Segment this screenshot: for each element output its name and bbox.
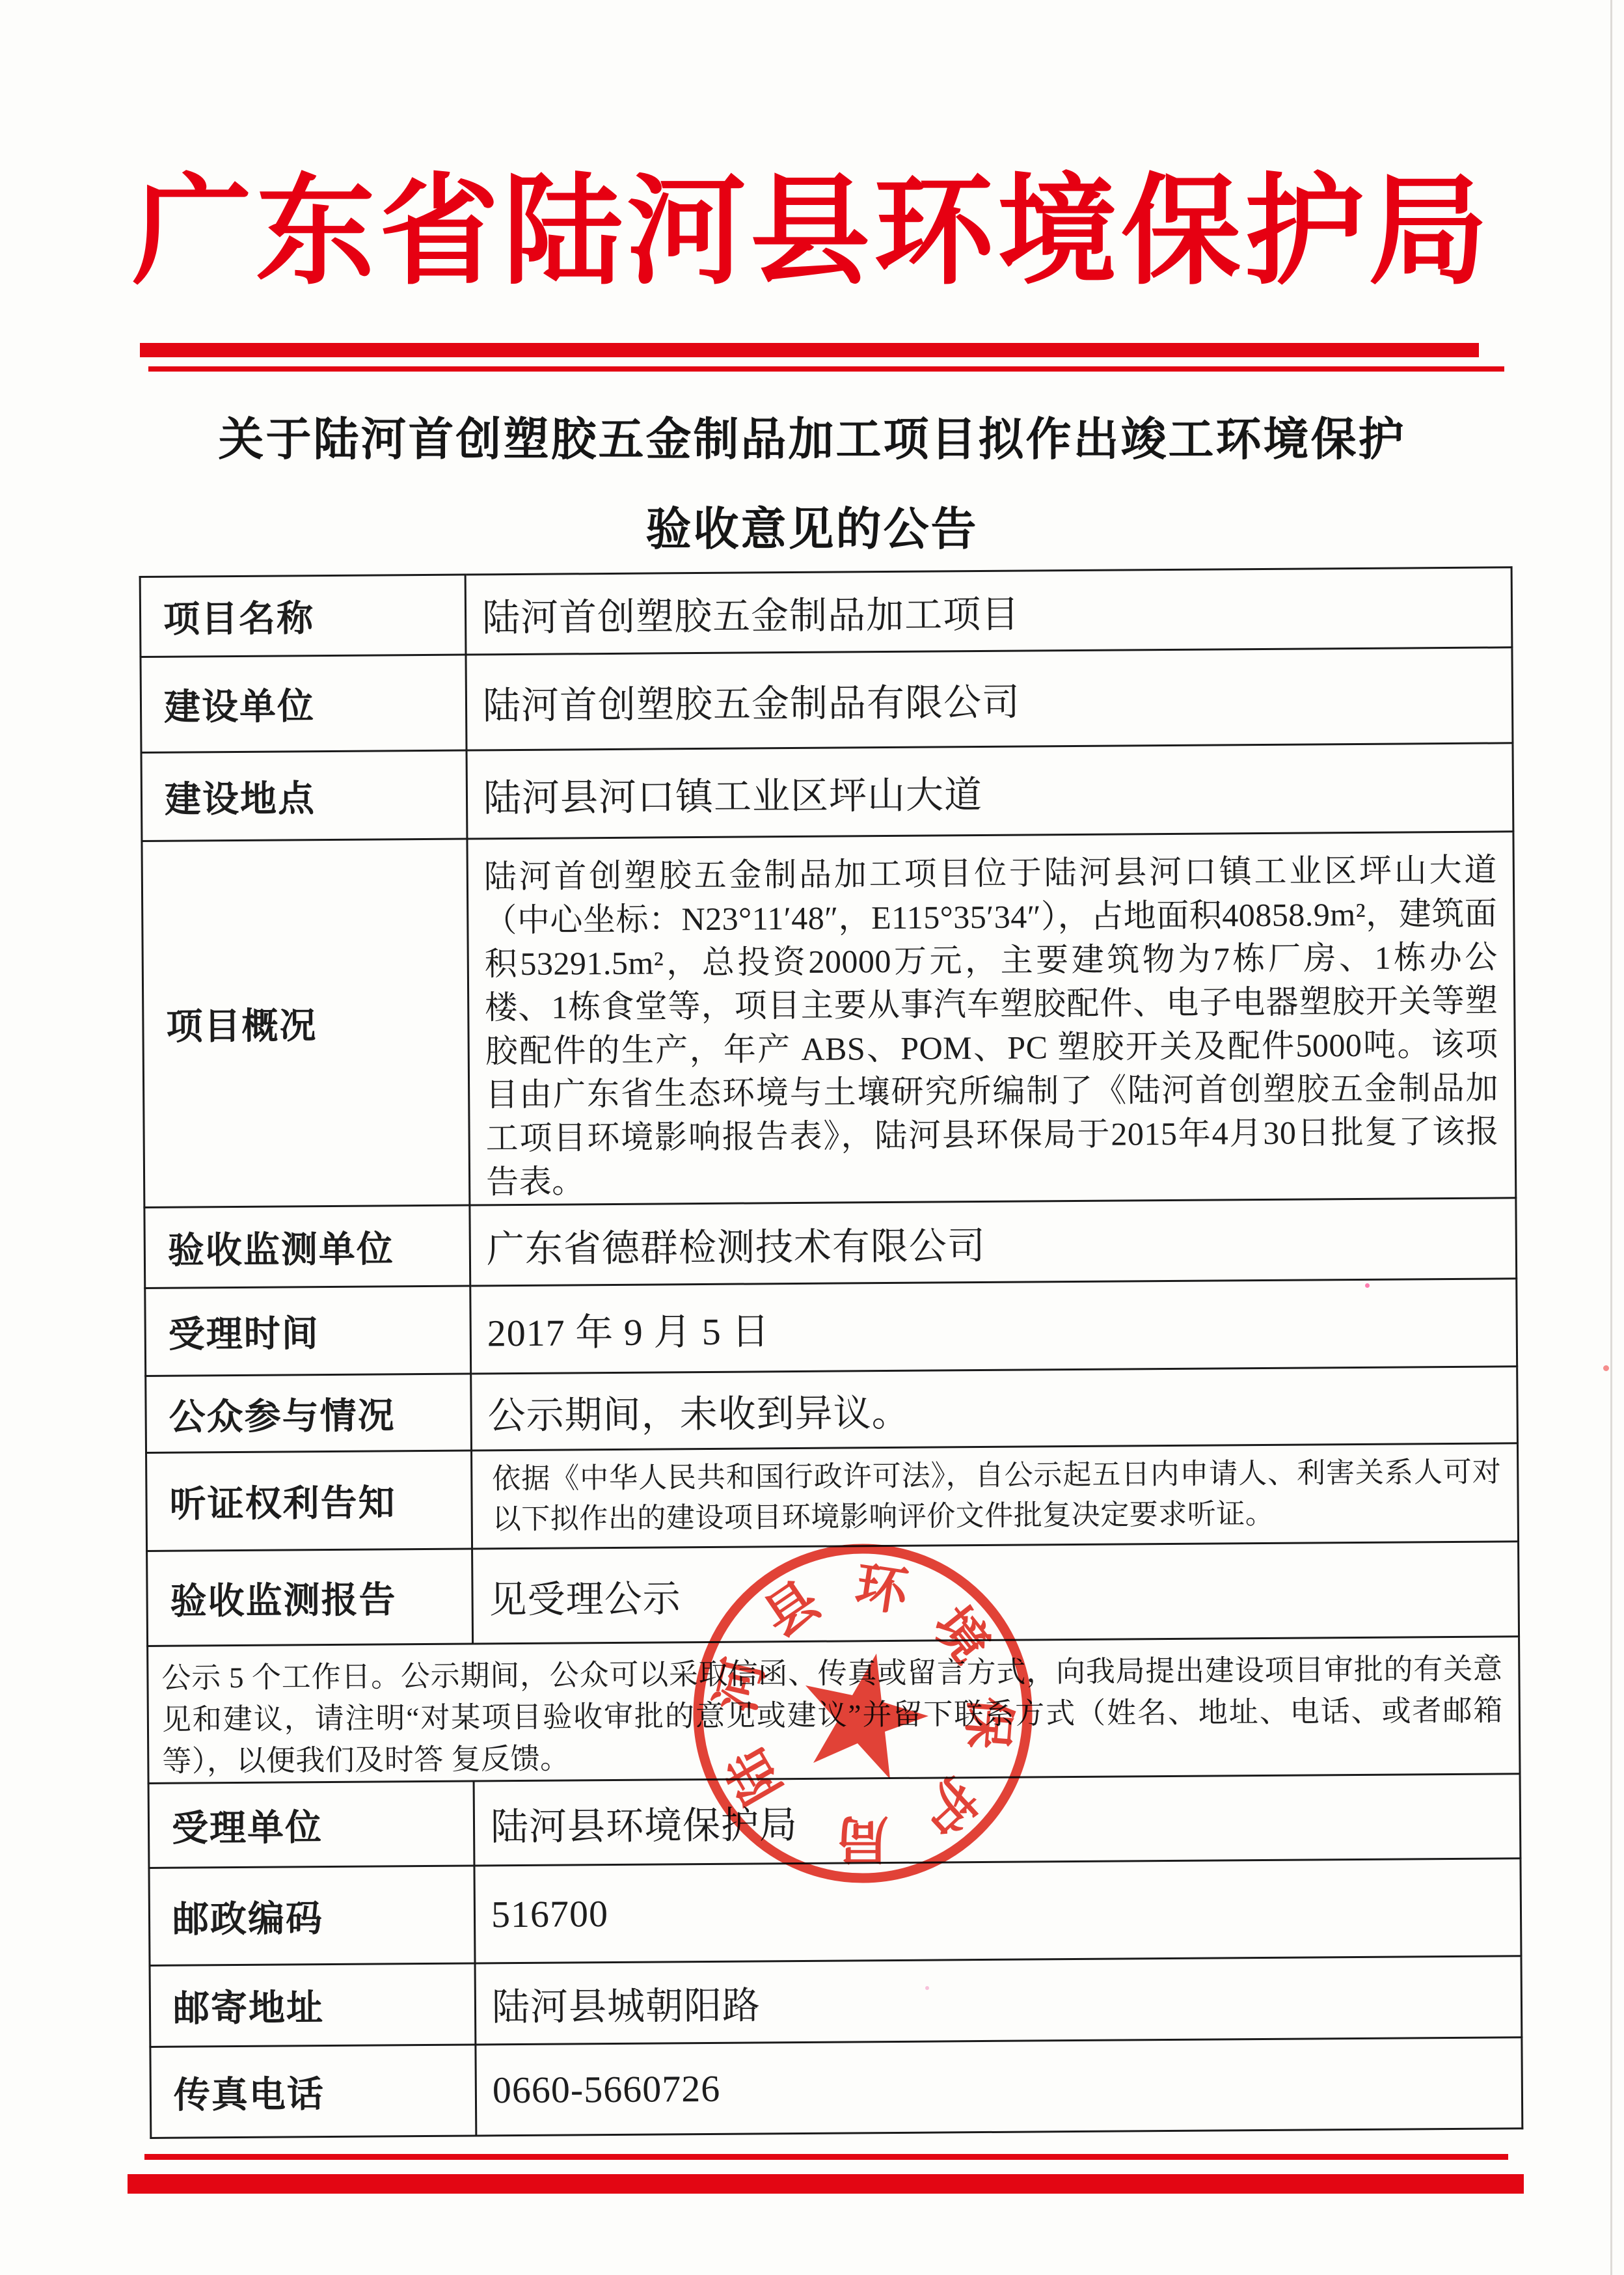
svg-text:保: 保 <box>957 1695 1018 1751</box>
row-label: 建设单位 <box>141 655 467 752</box>
row-value: 陆河首创塑胶五金制品加工项目 <box>465 567 1512 655</box>
row-value: 陆河县城朝阳路 <box>475 1956 1522 2045</box>
row-label: 项目概况 <box>142 839 470 1207</box>
svg-text:局: 局 <box>837 1810 889 1867</box>
svg-text:河: 河 <box>707 1654 775 1717</box>
notice-title-line2: 验收意见的公告 <box>0 485 1624 575</box>
row-value: 0660-5660726 <box>476 2037 1522 2136</box>
notice-title: 关于陆河首创塑胶五金制品加工项目拟作出竣工环境保护 验收意见的公告 <box>0 396 1624 575</box>
scan-speck <box>1603 1365 1609 1371</box>
row-label: 建设地点 <box>141 750 467 841</box>
official-seal: 陆 河 县 环 境 保 护 局 <box>681 1531 1045 1896</box>
svg-text:环: 环 <box>852 1558 913 1622</box>
row-value: 2017 年 9 月 5 日 <box>470 1279 1517 1374</box>
row-label: 受理单位 <box>148 1781 474 1868</box>
row-value: 公示期间，未收到异议。 <box>471 1367 1518 1451</box>
table-row: 传真电话 0660-5660726 <box>150 2037 1522 2138</box>
row-value: 陆河首创塑胶五金制品有限公司 <box>466 647 1513 750</box>
row-label: 验收监测单位 <box>144 1205 470 1288</box>
star-icon <box>805 1654 928 1779</box>
row-label: 传真电话 <box>150 2045 476 2138</box>
header-rule-thick <box>140 343 1479 357</box>
scanned-document-page: 广东省陆河县环境保护局 关于陆河首创塑胶五金制品加工项目拟作出竣工环境保护 验收… <box>0 0 1624 2275</box>
row-label: 验收监测报告 <box>147 1549 473 1646</box>
row-label: 项目名称 <box>140 575 466 657</box>
table-row: 公众参与情况 公示期间，未收到异议。 <box>146 1367 1518 1453</box>
scan-speck <box>925 1986 929 1990</box>
row-value: 广东省德群检测技术有限公司 <box>470 1198 1517 1286</box>
table-row: 邮寄地址 陆河县城朝阳路 <box>150 1956 1522 2047</box>
notice-title-line1: 关于陆河首创塑胶五金制品加工项目拟作出竣工环境保护 <box>0 396 1624 485</box>
row-label: 邮政编码 <box>149 1866 475 1965</box>
row-value: 陆河县河口镇工业区坪山大道 <box>467 743 1513 839</box>
row-label: 听证权利告知 <box>146 1451 472 1551</box>
table-row: 受理时间 2017 年 9 月 5 日 <box>145 1279 1517 1376</box>
table-row: 建设单位 陆河首创塑胶五金制品有限公司 <box>141 647 1513 753</box>
row-label: 受理时间 <box>145 1286 471 1376</box>
table-row: 项目概况 陆河首创塑胶五金制品加工项目位于陆河县河口镇工业区坪山大道（中心坐标：… <box>142 832 1516 1208</box>
row-label: 邮寄地址 <box>150 1963 476 2047</box>
table-row: 建设地点 陆河县河口镇工业区坪山大道 <box>141 743 1513 841</box>
header-rule-thin <box>148 366 1504 372</box>
footer-rule-thick <box>128 2174 1524 2194</box>
scan-speck <box>1365 1283 1370 1288</box>
agency-title: 广东省陆河县环境保护局 <box>0 164 1624 302</box>
scan-edge-artifact <box>1610 0 1612 2275</box>
table-row: 验收监测单位 广东省德群检测技术有限公司 <box>144 1198 1517 1288</box>
table-row: 项目名称 陆河首创塑胶五金制品加工项目 <box>140 567 1512 657</box>
document-table: 项目名称 陆河首创塑胶五金制品加工项目 建设单位 陆河首创塑胶五金制品有限公司 … <box>139 566 1524 2139</box>
row-value: 陆河首创塑胶五金制品加工项目位于陆河县河口镇工业区坪山大道（中心坐标：N23°1… <box>467 832 1516 1205</box>
footer-rule-thin <box>144 2154 1508 2160</box>
row-label: 公众参与情况 <box>146 1374 472 1452</box>
